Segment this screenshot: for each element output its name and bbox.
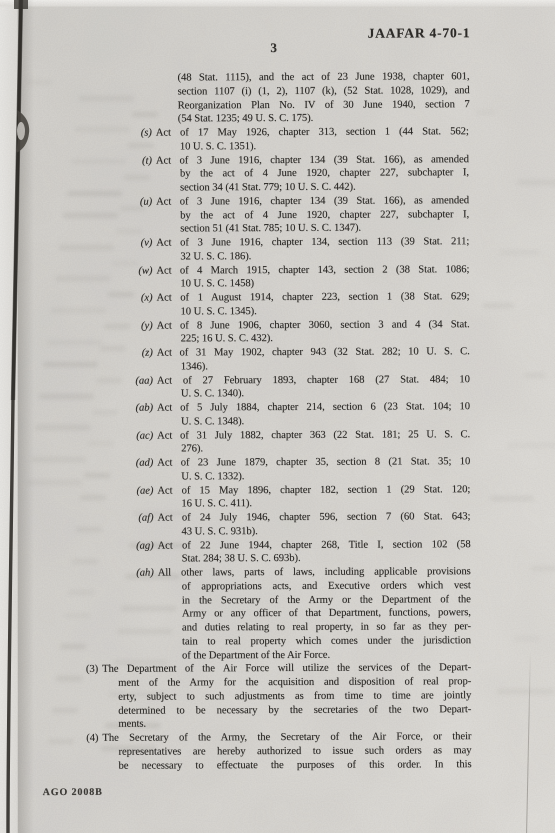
scanned-document-page: 3 JAAFAR 4-70-1 (48 Stat. 1115), and the… [0, 0, 555, 833]
act-item: (ac)Act of 31 July 1882, chapter 363 (22… [157, 428, 470, 457]
item-marker: (3) [75, 663, 98, 677]
item-marker: (w) [109, 264, 152, 278]
text-line: The Secretary of the Army, the Secretary… [102, 730, 471, 745]
text-line: and duties relating to real property, in… [182, 620, 471, 635]
text-line: 10 U. S. C. 1345). [181, 304, 470, 319]
text-line: Act of 23 June 1879, chapter 35, section… [157, 455, 470, 470]
act-item: (af)Act of 24 July 1946, chapter 596, se… [157, 510, 470, 539]
item-marker: (ah) [111, 567, 154, 581]
text-line: 10 U. S. C. 1458) [180, 276, 469, 291]
act-item: (ah)All other laws, parts of laws, inclu… [158, 565, 471, 663]
text-line: 276). [181, 441, 470, 456]
text-line: Act of 1 August 1914, chapter 223, secti… [156, 290, 469, 305]
item-marker: (t) [109, 154, 152, 168]
text-line: Stat. 284; 38 U. S. C. 693b). [182, 551, 471, 566]
text-line: U. S. C. 1340). [181, 386, 470, 401]
text-line: Army or any officer of that Department, … [182, 606, 471, 621]
text-line: section 1107 (i) (1, 2), 1107 (k), (52 S… [178, 84, 470, 99]
body-text: (48 Stat. 1115), and the act of 23 June … [0, 70, 555, 774]
text-line: be necessary to effectuate the purposes … [118, 758, 471, 773]
act-item: (y)Act of 8 June 1906, chapter 3060, sec… [157, 318, 470, 347]
act-item: (ad)Act of 23 June 1879, chapter 35, sec… [157, 455, 470, 484]
text-line: section 51 (41 Stat. 785; 10 U. S. C. 13… [180, 221, 469, 236]
continuation-paragraph: (48 Stat. 1115), and the act of 23 June … [177, 70, 469, 126]
text-line: Act of 17 May 1926, chapter 313, section… [156, 125, 469, 140]
text-line: representatives are hereby authorized to… [118, 744, 471, 759]
text-line: 43 U. S. C. 931b). [181, 524, 470, 539]
act-item: (ab)Act of 5 July 1884, chapter 214, sec… [157, 400, 470, 429]
act-item: (z)Act of 31 May 1902, chapter 943 (32 S… [157, 345, 470, 374]
act-item: (aa)Act of 27 February 1893, chapter 168… [157, 373, 470, 402]
text-line: tain to real property which comes under … [182, 634, 471, 649]
numbered-items: (3)The Department of the Air Force will … [1, 661, 555, 773]
item-marker: (ab) [110, 402, 153, 416]
text-line: U. S. C. 1332). [181, 469, 470, 484]
act-item: (x)Act of 1 August 1914, chapter 223, se… [156, 290, 469, 319]
act-item: (w)Act of 4 March 1915, chapter 143, sec… [156, 263, 469, 292]
text-line: by the act of 4 June 1920, chapter 227, … [180, 208, 469, 223]
text-line: (54 Stat. 1235; 49 U. S. C. 175). [178, 111, 470, 126]
text-line: Act of 31 July 1882, chapter 363 (22 Sta… [157, 428, 470, 443]
text-line: Act of 5 July 1884, chapter 214, section… [157, 400, 470, 415]
item-marker: (x) [109, 292, 152, 306]
text-line: determined to be necessary by the secret… [118, 703, 471, 718]
item-marker: (4) [75, 732, 98, 746]
text-line: 225; 16 U. S. C. 432). [181, 331, 470, 346]
text-line: 32 U. S. C. 186). [180, 249, 469, 264]
footer-id: AGO 2008B [43, 787, 103, 798]
text-line: (48 Stat. 1115), and the act of 23 June … [177, 70, 469, 85]
act-item: (3)The Department of the Air Force will … [102, 661, 471, 731]
act-item: (ae)Act of 15 May 1896, chapter 182, sec… [157, 483, 470, 512]
page-number: 3 [270, 40, 277, 56]
item-marker: (v) [109, 237, 152, 251]
text-line: Act of 27 February 1893, chapter 168 (27… [157, 373, 470, 388]
text-line: Reorganization Plan No. IV of 30 June 19… [178, 98, 470, 113]
act-item: (u)Act of 3 June 1916, chapter 134 (39 S… [156, 194, 469, 237]
act-item: (4)The Secretary of the Army, the Secret… [102, 730, 471, 773]
item-marker: (y) [110, 319, 153, 333]
text-line: of the Department of the Air Force. [182, 648, 471, 663]
letter-items: (s)Act of 17 May 1926, chapter 313, sect… [0, 125, 555, 664]
text-line: Act of 4 March 1915, chapter 143, sectio… [156, 263, 469, 278]
text-line: Act of 24 July 1946, chapter 596, sectio… [157, 510, 470, 525]
text-line: Act of 3 June 1916, chapter 134 (39 Stat… [156, 194, 469, 209]
item-marker: (ac) [110, 429, 153, 443]
document-ref-header: JAAFAR 4-70-1 [368, 25, 471, 41]
text-line: section 34 (41 Stat. 779; 10 U. S. C. 44… [180, 180, 469, 195]
text-line: U. S. C. 1348). [181, 414, 470, 429]
text-line: of appropriations acts, and Executive or… [182, 579, 471, 594]
item-marker: (ag) [111, 539, 154, 553]
item-marker: (af) [110, 512, 153, 526]
text-line: All other laws, parts of laws, including… [158, 565, 471, 580]
item-marker: (ae) [110, 484, 153, 498]
text-line: 1346). [181, 359, 470, 374]
text-line: Act of 15 May 1896, chapter 182, section… [157, 483, 470, 498]
text-line: Act of 8 June 1906, chapter 3060, sectio… [157, 318, 470, 333]
text-line: in the Secretary of the Army or the Depa… [182, 593, 471, 608]
item-marker: (ad) [110, 457, 153, 471]
text-line: ment of the Army for the acquisition and… [118, 675, 471, 690]
text-line: Act of 3 June 1916, chapter 134 (39 Stat… [156, 153, 469, 168]
text-line: Act of 31 May 1902, chapter 943 (32 Stat… [157, 345, 470, 360]
text-line: Act of 3 June 1916, chapter 134, section… [156, 235, 469, 250]
act-item: (ag)Act of 22 June 1944, chapter 268, Ti… [158, 538, 471, 567]
item-marker: (z) [110, 347, 153, 361]
act-item: (t)Act of 3 June 1916, chapter 134 (39 S… [156, 153, 469, 196]
item-marker: (aa) [110, 374, 153, 388]
text-line: by the act of 4 June 1920, chapter 227, … [180, 166, 469, 181]
act-item: (v)Act of 3 June 1916, chapter 134, sect… [156, 235, 469, 264]
item-marker: (s) [109, 127, 152, 141]
item-marker: (u) [109, 195, 152, 209]
text-line: 16 U. S. C. 411). [181, 496, 470, 511]
document-content: 3 JAAFAR 4-70-1 (48 Stat. 1115), and the… [0, 0, 555, 833]
act-item: (s)Act of 17 May 1926, chapter 313, sect… [156, 125, 469, 154]
text-line: Act of 22 June 1944, chapter 268, Title … [158, 538, 471, 553]
text-line: 10 U. S. C. 1351). [180, 139, 469, 154]
text-line: erty, subject to such adjustments as fro… [118, 689, 471, 704]
